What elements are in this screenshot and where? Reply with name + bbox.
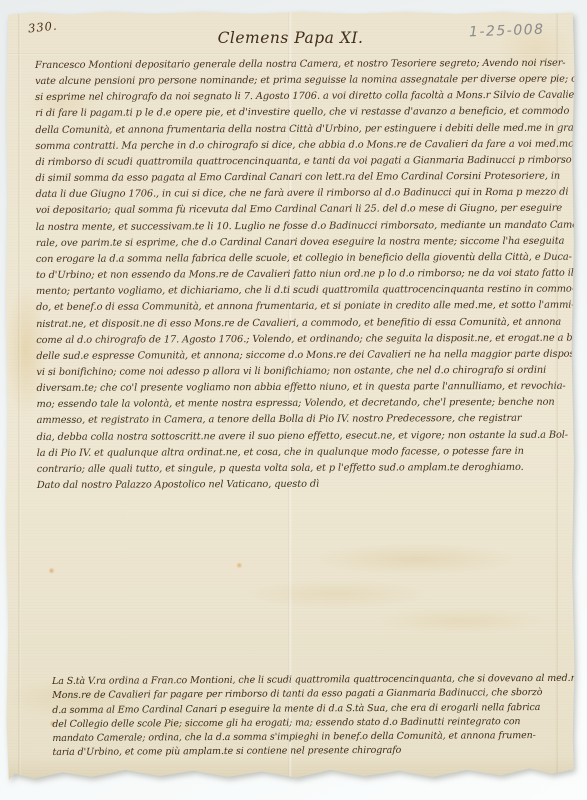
manuscript-line: ri di fare li pagam.ti p le d.e opere pi… — [35, 104, 571, 122]
manuscript-line: contrario; alle quali tutto, et singule,… — [37, 460, 573, 478]
manuscript-photo: 330. 1-25-008 Clemens Papa XI. Francesco… — [6, 11, 575, 783]
manuscript-line: nistrat.ne, et disposit.ne di esso Mons.… — [36, 314, 572, 332]
page-title: Clemens Papa XI. — [6, 29, 575, 47]
manuscript-line: ammesso, et registrato in Camera, a teno… — [37, 411, 573, 429]
manuscript-line: dia, debba colla nostra sottoscritt.ne a… — [37, 427, 573, 445]
manuscript-line: do, et benef.o di essa Communità, et ann… — [36, 298, 572, 316]
manuscript-page: 330. 1-25-008 Clemens Papa XI. Francesco… — [6, 11, 575, 783]
manuscript-line: Dato dal nostro Palazzo Apostolico nel V… — [37, 476, 573, 494]
top-fold-crease — [6, 53, 575, 55]
manuscript-line: la nostra mente, et successivam.te li 10… — [36, 217, 572, 235]
manuscript-line: voi depositario; qual somma fù ricevuta … — [36, 201, 572, 219]
docket-line: taria d'Urbino, et come più amplam.te si… — [52, 743, 567, 760]
docket-note: La S.tà V.ra ordina a Fran.co Montioni, … — [52, 672, 568, 761]
left-fold-crease — [18, 11, 21, 783]
manuscript-body: Francesco Montioni depositario generale … — [35, 56, 573, 495]
